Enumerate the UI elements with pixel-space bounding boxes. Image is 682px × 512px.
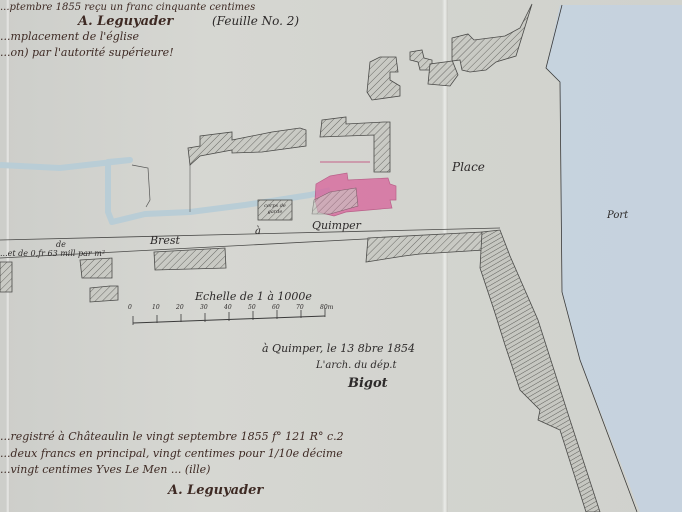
label-quimper: Quimper [312, 219, 361, 232]
sheet-label: (Feuille No. 2) [212, 14, 299, 28]
map-sheet: ...ptembre 1855 reçu un franc cinquante … [0, 0, 682, 512]
building-block [428, 4, 532, 86]
building-block [367, 57, 400, 100]
label-port: Port [607, 210, 628, 221]
road-note: ...et de 0,fr 63 mill par m² [0, 249, 105, 258]
header-line: ...ptembre 1855 reçu un franc cinquante … [0, 2, 255, 13]
registration-line: ...deux francs en principal, vingt centi… [0, 447, 343, 460]
header-signature: A. Leguyader [78, 14, 173, 29]
architect-signature: Bigot [348, 376, 388, 391]
registration-line: ...vingt centimes Yves Le Men ... (ille) [0, 463, 210, 476]
header-line: ...mplacement de l'église [0, 30, 139, 43]
building-block [366, 232, 484, 262]
header-line: ...on) par l'autorité supérieure! [0, 46, 174, 59]
label-brest: Brest [150, 234, 180, 247]
road-note-top: de [56, 240, 66, 249]
place-date: à Quimper, le 13 8bre 1854 [262, 342, 415, 355]
label-a: à [255, 226, 261, 237]
registration-signature: A. Leguyader [168, 483, 263, 498]
building-block [188, 128, 306, 165]
registration-line: ...registré à Châteaulin le vingt septem… [0, 430, 344, 443]
label-small-building: corps de garde [259, 203, 291, 215]
building-block [320, 117, 390, 172]
architect-role: L'arch. du dép.t [316, 360, 396, 371]
label-place: Place [452, 160, 485, 174]
scale-title: Echelle de 1 à 1000e [195, 290, 312, 303]
